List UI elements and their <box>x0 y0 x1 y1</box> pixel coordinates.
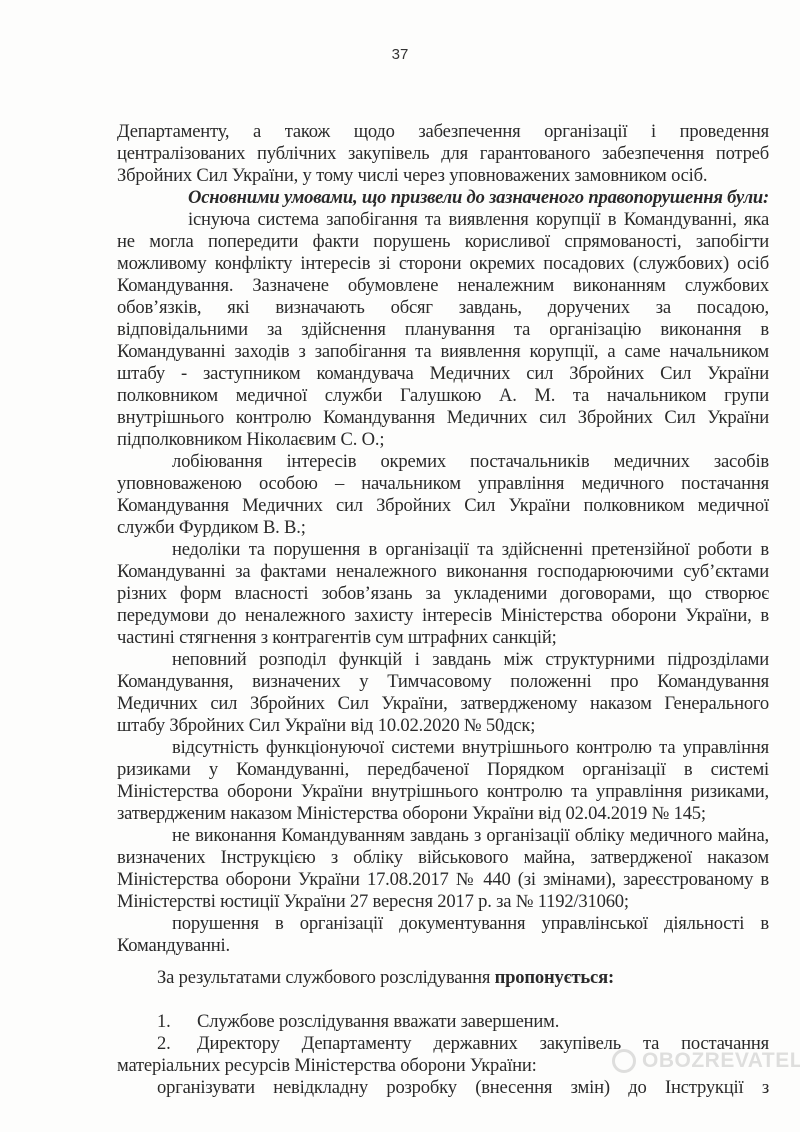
text-line: передумови до неналежного захисту інтере… <box>117 605 769 627</box>
proposal-item-2-continuation: матеріальних ресурсів Міністерства оборо… <box>117 1055 769 1077</box>
text-line: служби Фурдиком В. В.; <box>117 517 769 539</box>
text-line: Збройних Сил України, у тому числі через… <box>117 165 769 187</box>
text-line: Міністерстві юстиції України 27 вересня … <box>117 891 769 913</box>
text-line: частині стягнення з контрагентів сум штр… <box>117 627 769 649</box>
proposal-item-1: 1.Службове розслідування вважати заверше… <box>157 1011 757 1033</box>
directive-line: організувати невідкладну розробку (внесе… <box>157 1077 769 1099</box>
text-line: внутрішнього контролю Командування Медич… <box>117 407 769 429</box>
item-number: 1. <box>157 1011 197 1033</box>
text-line: Командуванні. <box>117 935 769 957</box>
text-line: Департаменту, а також щодо забезпечення … <box>117 121 769 143</box>
text-line: обов’язків, які визначають обсяг завдань… <box>117 297 769 319</box>
text-line: Командуванні за фактами неналежного вико… <box>117 561 769 583</box>
text-line: Основними умовами, що призвели до зазнач… <box>188 187 769 209</box>
text-line: штабу - заступником командувача Медичних… <box>117 363 769 385</box>
text-line: Медичних сил Збройних Сил України, затве… <box>117 693 769 715</box>
section-heading: Основними умовами, що призвели до зазнач… <box>188 187 769 208</box>
text-line: Командування. Зазначене обумовлене ненал… <box>117 275 769 297</box>
item-number: 2. <box>157 1033 197 1055</box>
text-line: Командуванні заходів з запобігання та ви… <box>117 341 769 363</box>
text-line: штабу Збройних Сил України від 10.02.202… <box>117 715 769 737</box>
text-line: полковником медичної служби Галушкою А. … <box>117 385 769 407</box>
item-text: Директору Департаменту державних закупів… <box>197 1033 769 1054</box>
text-line: централізованих публічних закупівель для… <box>117 143 769 165</box>
text-line: Міністерства оборони України 17.08.2017 … <box>117 869 769 891</box>
text-line: можливому конфлікту інтересів зі сторони… <box>117 253 769 275</box>
text-line: підполковником Ніколаєвим С. О.; <box>117 429 769 451</box>
text-line: уповноваженою особою – начальником управ… <box>117 473 769 495</box>
text-line: не могла попередити факти порушень корис… <box>117 231 769 253</box>
text-line: лобіювання інтересів окремих постачальни… <box>172 451 769 473</box>
proposal-item-2: 2.Директору Департаменту державних закуп… <box>157 1033 769 1055</box>
text-line: визначених Інструкцією з обліку військов… <box>117 847 769 869</box>
text-line: відсутність функціонуючої системи внутрі… <box>172 737 769 759</box>
text-line: не виконання Командуванням завдань з орг… <box>172 825 769 847</box>
text-line: існуюча система запобігання та виявлення… <box>188 209 769 231</box>
text-line: Міністерства оборони України внутрішньог… <box>117 781 769 803</box>
text-line: недоліки та порушення в організації та з… <box>172 539 769 561</box>
text-line: різних форм власності зобов’язань за укл… <box>117 583 769 605</box>
text-line: затвердженим наказом Міністерства оборон… <box>117 803 769 825</box>
text-line: порушення в організації документування у… <box>172 913 769 935</box>
page-number: 37 <box>0 46 800 63</box>
text-line: відповідальними за здійснення планування… <box>117 319 769 341</box>
document-page: 37 Департаменту, а також щодо забезпечен… <box>0 0 800 1132</box>
conclusion-intro: За результатами службового розслідування… <box>157 967 757 989</box>
text-line: Командування, визначених у Тимчасовому п… <box>117 671 769 693</box>
text-line: неповний розподіл функцій і завдань між … <box>172 649 769 671</box>
proposed-label: пропонується: <box>495 967 614 988</box>
text-line: Командування Медичних сил Збройних Сил У… <box>117 495 769 517</box>
item-text: Службове розслідування вважати завершени… <box>197 1011 559 1032</box>
text-line: ризиками у Командуванні, передбаченої По… <box>117 759 769 781</box>
